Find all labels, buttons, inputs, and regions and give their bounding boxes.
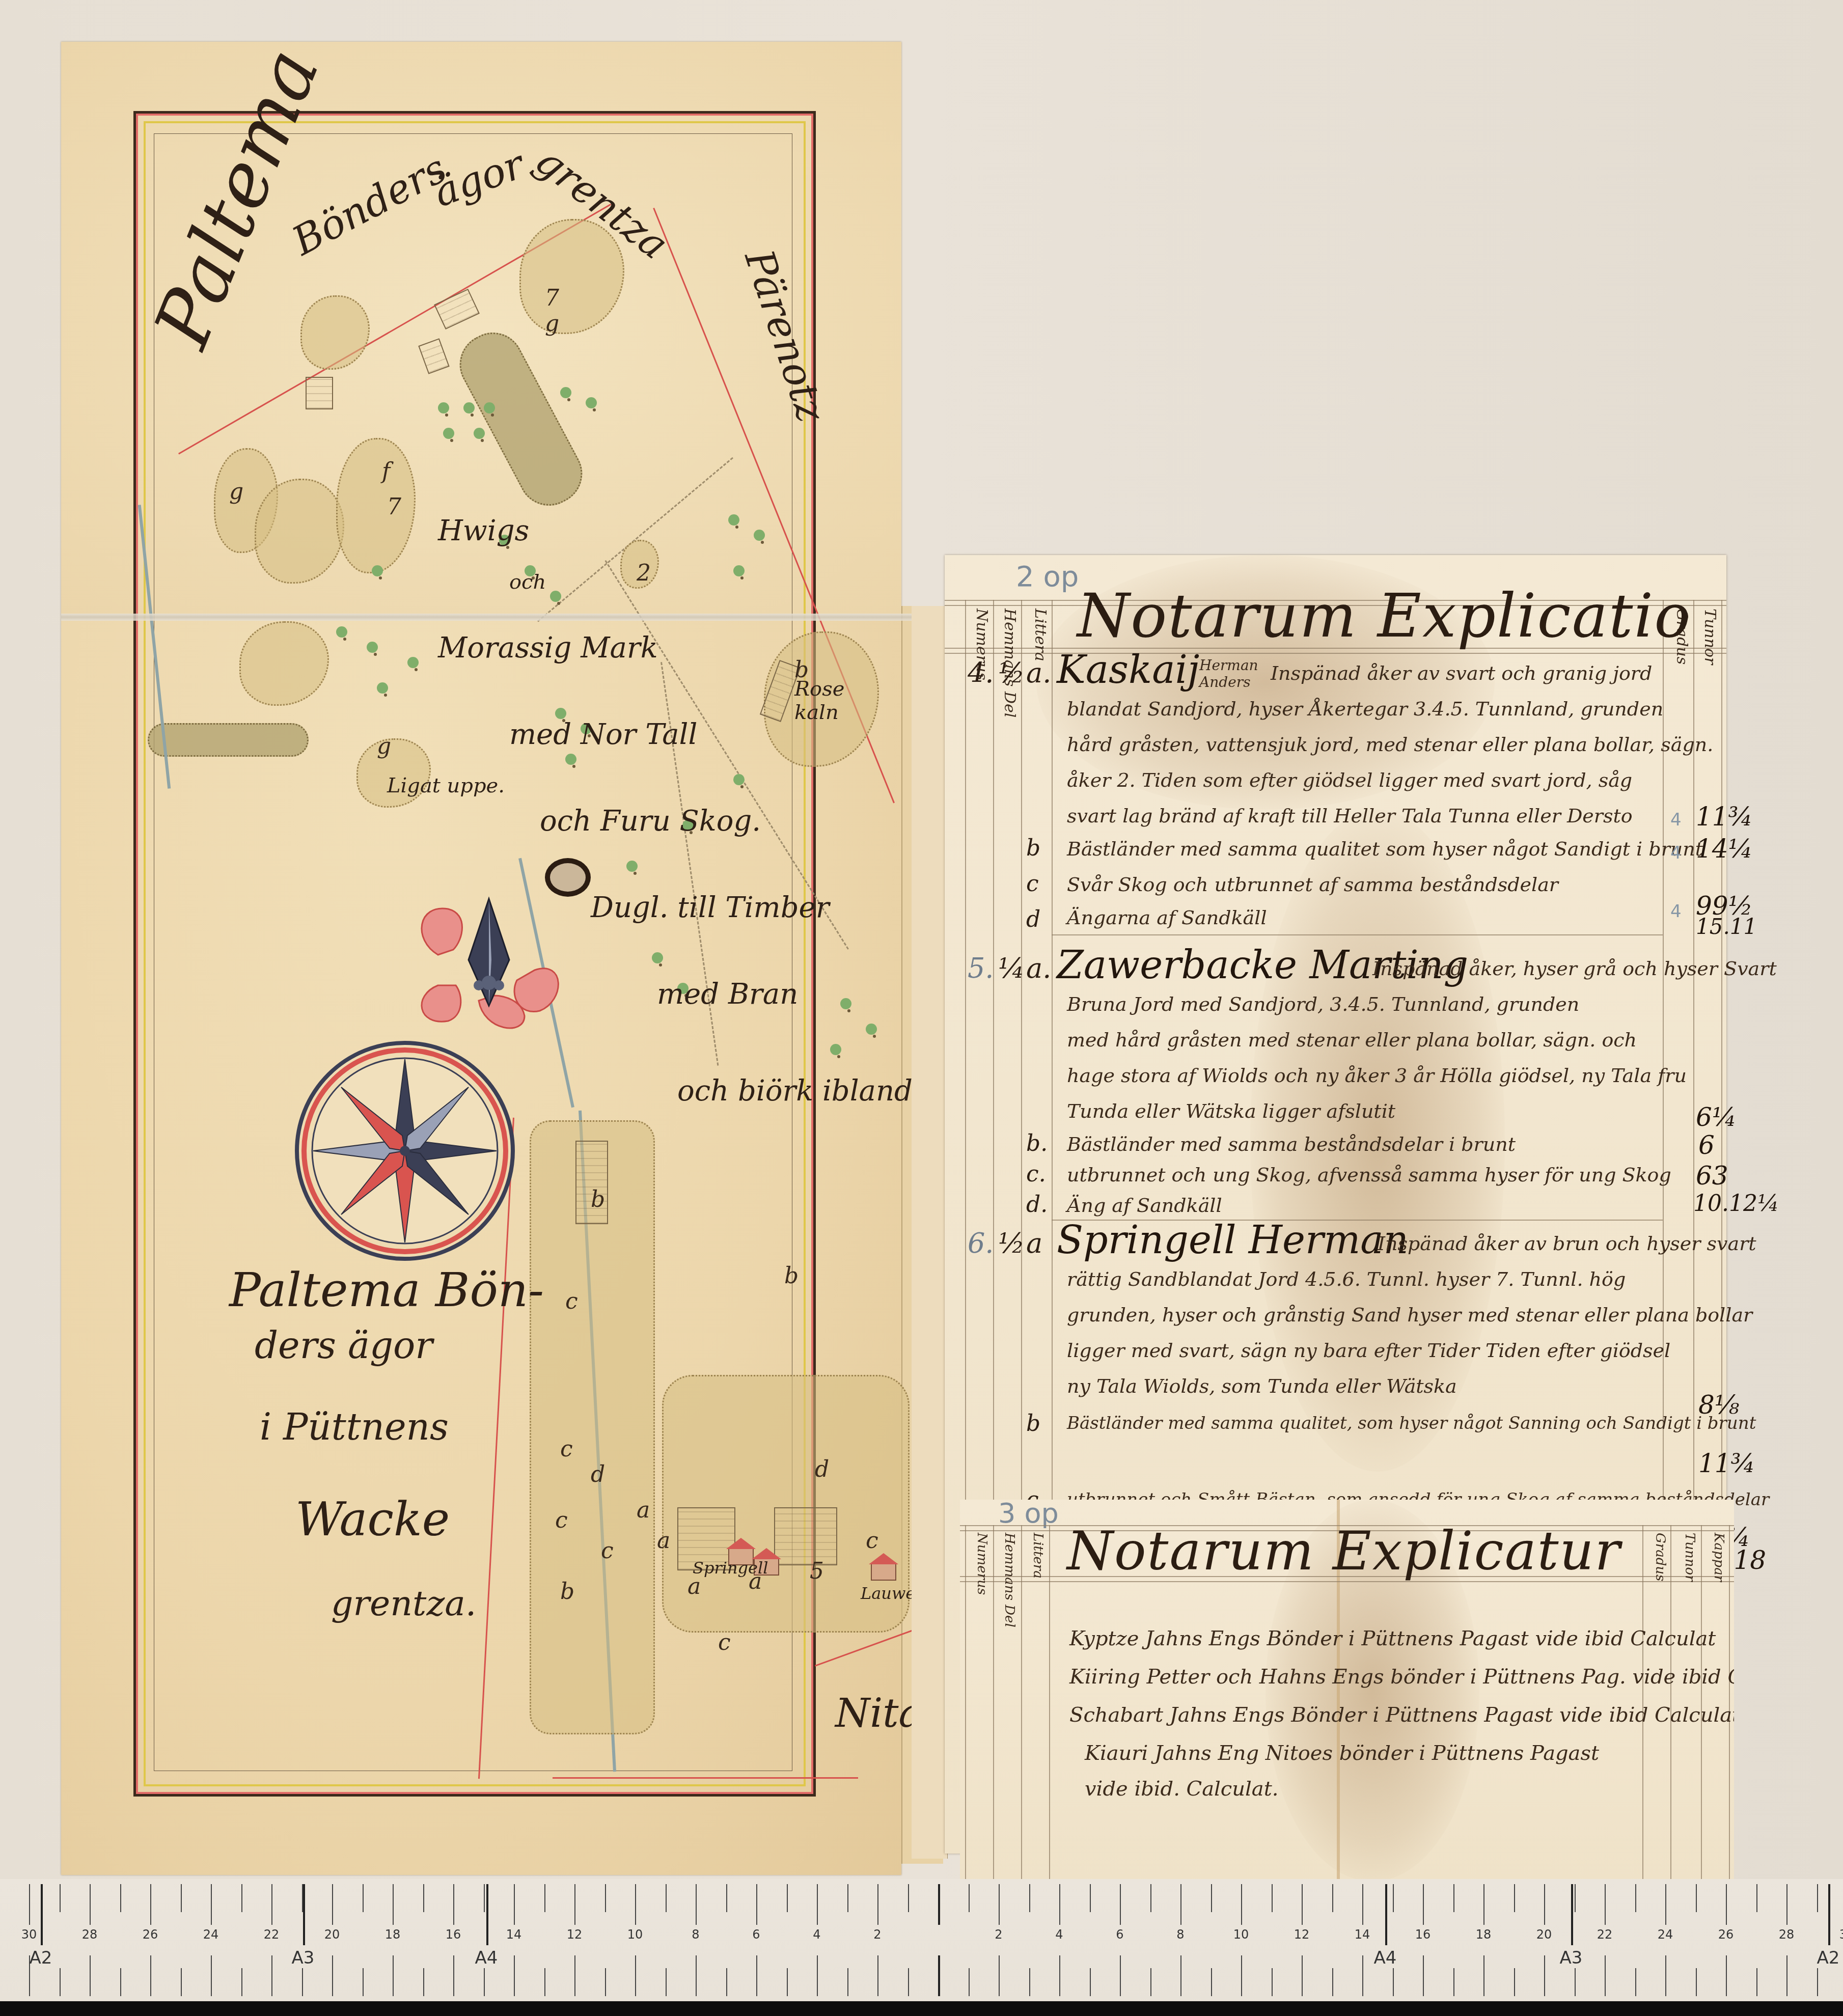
ruler-tick — [969, 1884, 970, 1912]
ruler-tick — [1150, 1884, 1151, 1912]
ruler-tick — [332, 1884, 333, 1925]
entry-text: Inspänad åker, hyser grå och hyser Svart — [1372, 957, 1777, 980]
tree-icon — [560, 387, 571, 398]
field-plot — [774, 1507, 837, 1565]
entry-number: 6. — [968, 1227, 994, 1259]
ruler-tick — [877, 1884, 878, 1925]
column-rule — [965, 1525, 966, 1882]
ruler-tick — [211, 1884, 212, 1925]
column-rule — [993, 1525, 994, 1882]
gradus-value: 4 — [1670, 810, 1682, 830]
parcel-letter: a — [749, 1568, 762, 1594]
ruler-tick — [271, 1955, 272, 1996]
map-label-rose-kaln: Rose kaln — [794, 677, 850, 724]
sub-letter: c. — [1026, 1161, 1046, 1187]
ruler-number: 12 — [567, 1927, 583, 1942]
ruler-number: 2 — [995, 1927, 1002, 1942]
ruler-tick — [120, 1968, 121, 1996]
tunnor-value: 14¼ — [1696, 834, 1753, 864]
ruler-tick — [1544, 1955, 1545, 1996]
ruler-tick — [726, 1884, 727, 1912]
ruler-number: 20 — [1536, 1927, 1552, 1942]
map-subtitle-line-5: grentza. — [331, 1584, 476, 1624]
entry-text: Bästländer med samma beståndsdelar i bru… — [1067, 1133, 1516, 1155]
pencil-page-mark: 2 op — [1016, 560, 1079, 593]
ruler-tick — [726, 1968, 727, 1996]
ruler-tick — [1665, 1955, 1666, 1996]
ruler-number: 30 — [1839, 1927, 1843, 1942]
parcel-letter: 7 — [545, 285, 559, 311]
tunnor-value: 11¾ — [1698, 1449, 1755, 1478]
ruler-tick — [1453, 1968, 1454, 1996]
ruler-tick — [544, 1884, 545, 1912]
ledger-line: Kiauri Jahns Eng Nitoes bönder i Püttnen… — [1085, 1742, 1599, 1765]
tree-icon — [443, 428, 454, 439]
entry-fraction: ¼ — [998, 952, 1025, 984]
column-header-numerus: Numerus — [974, 1533, 989, 1595]
ruler-tick — [241, 1884, 242, 1912]
ruler-tick — [1393, 1968, 1394, 1996]
ruler-tick — [756, 1884, 757, 1925]
parcel-letter: 2 — [637, 560, 651, 586]
ruler-tick — [938, 1884, 940, 1925]
entry-fraction: ½ — [998, 657, 1025, 689]
ruler-tick — [1756, 1884, 1757, 1912]
paper-size-mark: A2 — [1817, 1948, 1840, 1968]
tree-icon — [626, 861, 638, 872]
column-header-littera: Littera — [1031, 609, 1049, 661]
entry-text: hård gråsten, vattensjuk jord, med stena… — [1067, 733, 1713, 756]
ruler-tick — [120, 1884, 121, 1912]
ruler-tick — [817, 1955, 818, 1996]
entry-text: Bästländer med samma qualitet som hyser … — [1067, 838, 1703, 860]
ruler-tick — [150, 1955, 151, 1996]
ruler-number: 4 — [813, 1927, 820, 1942]
tree-icon — [438, 402, 449, 413]
ruler-tick — [1302, 1884, 1303, 1925]
ruler-tick — [1241, 1955, 1242, 1996]
gradus-value: 4 — [1670, 843, 1682, 863]
ruler-tick — [484, 1884, 485, 1912]
entry-letter: a. — [1026, 952, 1051, 984]
entry-text: Inspänad åker av svart och granig jord — [1271, 662, 1652, 684]
entry-letter: a. — [1026, 657, 1051, 689]
parcel-letter: c — [601, 1538, 614, 1564]
ruler-tick — [271, 1884, 272, 1925]
tree-icon — [733, 774, 745, 785]
entry-number: 5. — [968, 952, 994, 984]
ruler-tick — [1211, 1884, 1212, 1912]
ledger-line: Schabart Jahns Engs Bönder i Püttnens Pa… — [1069, 1703, 1747, 1727]
ruler-tick — [1514, 1884, 1515, 1912]
ruler-tick — [363, 1968, 364, 1996]
ruler-number: 10 — [1233, 1927, 1249, 1942]
ruler-number: 12 — [1294, 1927, 1310, 1942]
tree-icon — [474, 428, 485, 439]
ruler-number: 4 — [1055, 1927, 1063, 1942]
ruler-tick — [847, 1884, 848, 1912]
ruler-tick — [514, 1955, 515, 1996]
ruler-number: 18 — [1476, 1927, 1492, 1942]
ruler-number: 2 — [873, 1927, 881, 1942]
entry-name: Kaskaij — [1057, 647, 1199, 692]
ruler-tick — [696, 1955, 697, 1996]
ruler-tick — [1605, 1955, 1606, 1996]
map-label-hwigs: Hwigs — [438, 514, 529, 547]
paper-size-tick — [1385, 1884, 1387, 1945]
ruler-tick — [1756, 1968, 1757, 1996]
ruler-tick — [29, 1884, 30, 1925]
ruler-tick — [1120, 1884, 1121, 1925]
ruler-tick — [1211, 1968, 1212, 1996]
sub-letter: c — [1026, 871, 1039, 897]
tree-icon — [367, 642, 378, 653]
ledger-title: Notarum Explicatio — [1077, 581, 1691, 651]
map-label-biork-ibland: och biörk ibland — [677, 1074, 913, 1108]
parcel-letter: c — [866, 1528, 878, 1554]
column-header-tunnor: Tunnor — [1701, 609, 1719, 665]
entry-text: Inspänad åker av brun och hyser svart — [1378, 1232, 1756, 1255]
ruler-number: 20 — [324, 1927, 340, 1942]
entry-text: Tunda eller Wätska ligger afslutit — [1067, 1100, 1395, 1122]
ruler-tick — [1605, 1884, 1606, 1925]
tree-icon — [830, 1044, 841, 1055]
ruler-tick — [211, 1955, 212, 1996]
tree-icon — [550, 591, 561, 602]
ruler-tick — [1575, 1968, 1576, 1996]
ruler-tick — [1120, 1955, 1121, 1996]
ruler-tick — [787, 1884, 788, 1912]
ruler-tick — [847, 1968, 848, 1996]
tunnor-value: 11¾ — [1696, 802, 1753, 832]
column-rule — [1049, 1525, 1050, 1882]
tunnor-value: 15.11 — [1696, 914, 1757, 939]
paper-size-mark: A3 — [292, 1948, 315, 1968]
ruler-tick — [1332, 1884, 1333, 1912]
parcel-letter: c — [718, 1630, 731, 1655]
ruler-number: 16 — [1415, 1927, 1431, 1942]
map-label-nita: Nita — [835, 1691, 922, 1736]
entry-text: åker 2. Tiden som efter giödsel ligger m… — [1067, 769, 1632, 791]
parcel-letter: b — [560, 1579, 574, 1605]
ruler-tick — [938, 1955, 940, 1996]
ruler-tick — [1696, 1968, 1697, 1996]
entry-text: blandat Sandjord, hyser Åkertegar 3.4.5.… — [1067, 698, 1663, 720]
ruler-number: 14 — [1355, 1927, 1370, 1942]
ruler-tick — [1059, 1884, 1060, 1925]
tree-icon — [463, 402, 475, 413]
ledger-line: Kiiring Petter och Hahns Engs bönder i P… — [1069, 1665, 1813, 1689]
ruler-tick — [1817, 1968, 1818, 1996]
sub-letter: d — [1026, 906, 1040, 932]
tree-icon — [484, 402, 495, 413]
map-label-och: och — [509, 570, 546, 594]
parcel-letter: c — [555, 1507, 568, 1533]
ruler-number: 30 — [21, 1927, 37, 1942]
ruler-tick — [393, 1955, 394, 1996]
ruler-number: 22 — [1597, 1927, 1613, 1942]
entry-text: hage stora af Wiolds och ny åker 3 år Hö… — [1067, 1064, 1687, 1087]
ruler-number: 28 — [1779, 1927, 1795, 1942]
boundary-line — [553, 1777, 858, 1779]
ruler-tick — [1180, 1884, 1181, 1925]
parcel-letter: g — [545, 311, 559, 337]
entry-fraction: ½ — [998, 1227, 1025, 1259]
paper-size-tick — [1571, 1884, 1573, 1945]
ruler-tick — [635, 1884, 636, 1925]
map-label-ligat-uppe: Ligat uppe. — [387, 774, 505, 797]
ruler-tick — [696, 1884, 697, 1925]
column-header-hemmans-del: Hemmans Del — [1002, 1533, 1017, 1627]
ruler-tick — [453, 1884, 454, 1925]
field-plot — [306, 377, 333, 409]
tunnor-value: 6¼ — [1696, 1102, 1737, 1132]
parcel-letter: b — [784, 1263, 799, 1289]
ruler-tick — [999, 1884, 1000, 1925]
ruler-tick — [60, 1968, 61, 1996]
ruler-tick — [1786, 1955, 1787, 1996]
entry-letter: a — [1026, 1227, 1042, 1259]
ruler-tick — [332, 1955, 333, 1996]
paper-size-tick — [303, 1884, 305, 1945]
entry-text: Ängarna af Sandkäll — [1067, 906, 1267, 929]
ruler-tick — [574, 1884, 575, 1925]
map-label-dugl-till-timber: Dugl. till Timber — [591, 891, 829, 924]
tree-icon — [866, 1024, 877, 1035]
ruler-tick — [1817, 1884, 1818, 1912]
tree-icon — [754, 530, 765, 541]
sub-letter: b — [1026, 1411, 1040, 1437]
ruler-tick — [484, 1968, 485, 1996]
ruler-number: 6 — [752, 1927, 760, 1942]
entry-text: med hård gråsten med stenar eller plana … — [1067, 1029, 1637, 1051]
parcel-letter: 7 — [387, 494, 401, 520]
ruler-tick — [241, 1968, 242, 1996]
entry-sub-name: Herman Anders — [1199, 657, 1260, 691]
column-header-gradus: Gradus — [1653, 1533, 1668, 1581]
tree-icon — [336, 626, 347, 638]
ruler-tick — [453, 1955, 454, 1996]
ruler-tick — [514, 1884, 515, 1925]
ruler-tick — [1696, 1884, 1697, 1912]
tree-icon — [407, 657, 419, 668]
ruler-tick — [1575, 1884, 1576, 1912]
paper-size-mark: A3 — [1560, 1948, 1583, 1968]
ruler-tick — [90, 1884, 91, 1925]
column-header-littera: Littera — [1030, 1533, 1046, 1579]
ledger-title: Notarum Explicatur — [1067, 1520, 1621, 1582]
map-label-med-bran: med Bran — [657, 978, 798, 1011]
parcel-letter: g — [377, 733, 391, 759]
entry-text: ligger med svart, sägn ny bara efter Tid… — [1067, 1339, 1670, 1362]
ruler-number: 8 — [692, 1927, 699, 1942]
ruler-number: 6 — [1116, 1927, 1123, 1942]
ruler-tick — [150, 1884, 151, 1925]
ruler-tick — [817, 1884, 818, 1925]
ruler-number: 24 — [1658, 1927, 1673, 1942]
ruler-tick — [363, 1884, 364, 1912]
paper-size-mark: A4 — [475, 1948, 498, 1968]
ruler-tick — [605, 1968, 606, 1996]
parcel-letter: d — [591, 1461, 605, 1487]
tree-icon — [728, 514, 739, 526]
column-header-tunnor: Tunnor — [1682, 1533, 1697, 1582]
entry-text: svart lag bränd af kraft till Heller Tal… — [1067, 805, 1633, 827]
fleur-de-lis-north-marker — [407, 894, 570, 1046]
ruler-tick — [1302, 1955, 1303, 1996]
column-header-kappar: Kappar — [1711, 1533, 1726, 1582]
compass-rose-icon — [293, 1039, 517, 1263]
parcel-letter: g — [229, 479, 243, 505]
map-subtitle-line-1: Paltema Bön- — [229, 1263, 544, 1317]
ruler-tick — [1423, 1884, 1424, 1925]
ruler-tick — [635, 1955, 636, 1996]
ruler-tick — [1362, 1884, 1363, 1925]
ruler-tick — [666, 1884, 667, 1912]
ruler-tick — [908, 1884, 909, 1912]
ruler-tick — [1544, 1884, 1545, 1925]
ruler-tick — [1453, 1884, 1454, 1912]
ruler-tick — [1635, 1968, 1636, 1996]
ruler-tick — [1786, 1884, 1787, 1925]
ruler-tick — [393, 1884, 394, 1925]
ruler-tick — [999, 1955, 1000, 1996]
tree-icon — [555, 708, 566, 719]
tree-icon — [840, 998, 851, 1009]
parcel-letter: b — [794, 657, 809, 683]
ruler-tick — [1090, 1968, 1091, 1996]
entry-number: 4. — [968, 657, 994, 689]
ruler-number: 14 — [506, 1927, 522, 1942]
entry-text: Svår Skog och utbrunnet af samma bestånd… — [1067, 873, 1558, 896]
paper-size-tick — [486, 1884, 488, 1945]
entry-text: utbrunnet och ung Skog, afvensså samma h… — [1067, 1164, 1671, 1186]
sub-letter: b. — [1026, 1130, 1048, 1156]
entry-name: Springell Herman — [1057, 1217, 1409, 1262]
ruler-tick — [1241, 1884, 1242, 1925]
ruler-tick — [574, 1955, 575, 1996]
ruler-tick — [787, 1968, 788, 1996]
entry-rule — [1052, 934, 1663, 935]
tree-icon — [377, 682, 388, 694]
ruler-tick — [90, 1955, 91, 1996]
ruler-tick — [181, 1968, 182, 1996]
map-subtitle-line-3: i Püttnens — [260, 1405, 449, 1448]
tree-icon — [372, 565, 383, 576]
ruler-number: 26 — [1718, 1927, 1734, 1942]
ruler-tick — [60, 1884, 61, 1912]
ruler-tick — [1483, 1884, 1484, 1925]
ruler-tick — [908, 1968, 909, 1996]
ruler-number: 24 — [203, 1927, 219, 1942]
tunnor-value: 10.12¼ — [1693, 1191, 1779, 1217]
ruler-tick — [1483, 1955, 1484, 1996]
paper-size-mark: A4 — [1374, 1948, 1397, 1968]
ruler-tick — [1635, 1884, 1636, 1912]
ledger-line: vide ibid. Calculat. — [1085, 1777, 1278, 1801]
entry-text: Bästländer med samma qualitet, som hyser… — [1067, 1413, 1756, 1433]
ruler-tick — [1059, 1955, 1060, 1996]
ruler-number: 18 — [385, 1927, 401, 1942]
map-fold-seam — [61, 614, 942, 621]
parcel-letter: a — [657, 1528, 670, 1554]
ruler-tick — [1726, 1884, 1727, 1925]
tree-icon — [652, 952, 663, 963]
paper-size-mark: A2 — [30, 1948, 52, 1968]
ruler-tick — [666, 1968, 667, 1996]
entry-text: Bruna Jord med Sandjord, 3.4.5. Tunnland… — [1067, 993, 1579, 1015]
ruler-tick — [969, 1968, 970, 1996]
pencil-page-mark: 3 op — [998, 1497, 1059, 1529]
ruler-number: 22 — [264, 1927, 280, 1942]
map-label-morassig-mark: Morassig Mark — [438, 631, 658, 665]
entry-text: grunden, hyser och grånstig Sand hyser m… — [1067, 1304, 1752, 1326]
tunnor-value: 63 — [1696, 1161, 1728, 1191]
ruler-tick — [1272, 1968, 1273, 1996]
entry-text: Äng af Sandkäll — [1067, 1194, 1222, 1217]
burn-hole — [545, 858, 591, 897]
map-subtitle-line-2: ders ägor — [255, 1324, 433, 1367]
tree-icon — [586, 397, 597, 408]
parcel-letter: a — [687, 1573, 701, 1599]
entry-text: rättig Sandblandat Jord 4.5.6. Tunnl. hy… — [1067, 1268, 1626, 1290]
ruler-tick — [1180, 1955, 1181, 1996]
map-subtitle-line-4: Wacke — [295, 1492, 450, 1546]
parcel-letter: c — [565, 1288, 578, 1314]
ruler-number: 10 — [627, 1927, 643, 1942]
parcel-letter: d — [815, 1456, 829, 1482]
ruler-tick — [1393, 1884, 1394, 1912]
gradus-value: 4 — [1670, 901, 1682, 922]
parcel-letter: 5 — [810, 1558, 824, 1584]
ruler-tick — [423, 1968, 424, 1996]
parcel-letter: f — [382, 458, 390, 484]
ruler-tick — [756, 1955, 757, 1996]
map-label-med-nor-tall: med Nor Tall — [509, 718, 697, 751]
measurement-ruler: 3028262422201816141210864224681012141618… — [0, 1879, 1843, 2001]
farmhouse-icon — [871, 1563, 896, 1581]
parcel-letter: c — [560, 1436, 573, 1462]
lake — [148, 723, 309, 757]
ruler-number: 8 — [1176, 1927, 1184, 1942]
ruler-tick — [1029, 1968, 1030, 1996]
ruler-tick — [605, 1884, 606, 1912]
ledger-page-edge — [912, 606, 948, 1859]
scan-edge — [0, 2001, 1843, 2016]
ruler-tick — [181, 1884, 182, 1912]
parcel-letter: b — [591, 1186, 605, 1212]
ruler-tick — [423, 1884, 424, 1912]
ruler-tick — [1090, 1884, 1091, 1912]
ruler-number: 16 — [446, 1927, 461, 1942]
sub-letter: b — [1026, 835, 1040, 861]
column-rule — [1021, 1525, 1022, 1882]
ruler-number: 28 — [82, 1927, 98, 1942]
paper-size-tick — [1828, 1884, 1830, 1945]
tree-icon — [733, 565, 745, 576]
ruler-tick — [877, 1955, 878, 1996]
parcel-letter: a — [637, 1497, 650, 1523]
ruler-tick — [1514, 1968, 1515, 1996]
entry-text: ny Tala Wiolds, som Tunda eller Wätska — [1067, 1375, 1457, 1397]
ruler-tick — [1332, 1968, 1333, 1996]
ruler-tick — [1726, 1955, 1727, 1996]
ruler-tick — [1150, 1968, 1151, 1996]
ruler-tick — [544, 1968, 545, 1996]
sub-letter: d. — [1026, 1192, 1048, 1218]
tunnor-value: 6 — [1698, 1130, 1715, 1160]
ruler-tick — [1272, 1884, 1273, 1912]
